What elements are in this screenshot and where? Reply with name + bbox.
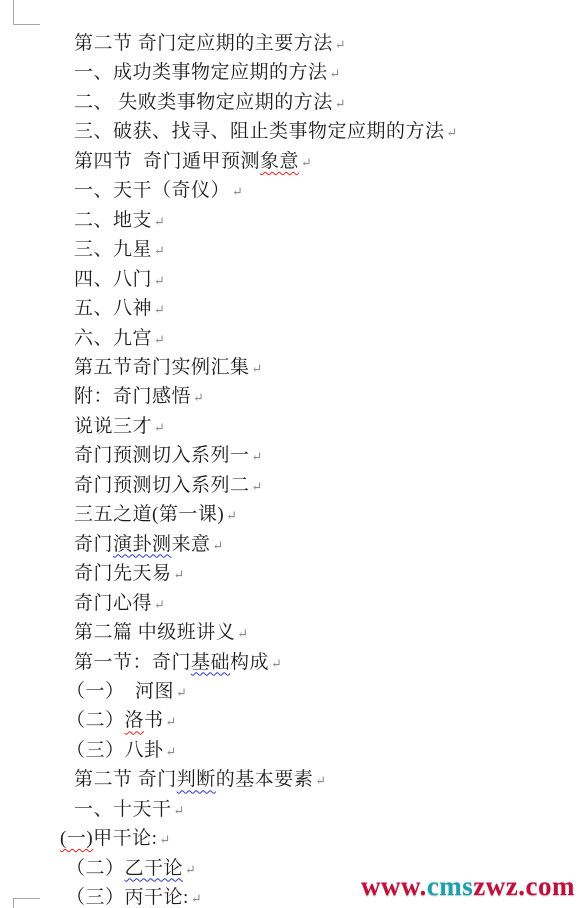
paragraph-mark-icon: ↵ <box>213 538 224 553</box>
spellcheck-red-squiggle: (一) <box>60 828 93 849</box>
text-segment: 奇门 <box>74 534 113 555</box>
toc-line: 第二篇 中级班讲义↵ <box>0 619 583 648</box>
text-segment: 五、八神 <box>74 298 152 319</box>
document-lines: 第二节 奇门定应期的主要方法↵一、成功类事物定应期的方法↵二、 失败类事物定应期… <box>0 30 583 908</box>
text-segment: 第二节 奇门 <box>74 769 177 790</box>
paragraph-mark-icon: ↵ <box>237 626 248 641</box>
text-segment: 奇门预测切入系列二 <box>74 475 250 496</box>
text-segment: （一） 河图 <box>66 681 174 702</box>
text-segment: 二、 失败类事物定应期的方法 <box>74 92 333 113</box>
text-segment: 一、天干（奇仪） <box>74 180 230 201</box>
document-page: 第二节 奇门定应期的主要方法↵一、成功类事物定应期的方法↵二、 失败类事物定应期… <box>0 0 583 908</box>
toc-line: 三、九星↵ <box>0 236 583 265</box>
paragraph-mark-icon: ↵ <box>252 449 263 464</box>
text-segment: 二、地支 <box>74 210 152 231</box>
margin-crop-mark-top-left-icon <box>13 0 40 25</box>
text-segment: 第二节 奇门定应期的主要方法 <box>74 33 333 54</box>
toc-line: 奇门预测切入系列二↵ <box>0 472 583 501</box>
toc-line: 一、天干（奇仪）↵ <box>0 177 583 206</box>
paragraph-mark-icon: ↵ <box>315 773 326 788</box>
text-segment: （二） <box>66 710 125 731</box>
paragraph-mark-icon: ↵ <box>174 803 185 818</box>
toc-line: 附：奇门感悟↵ <box>0 383 583 412</box>
watermark-segment: www. <box>361 871 427 901</box>
text-segment: 三五之道(第一课) <box>74 504 224 525</box>
text-segment: 说说三才 <box>74 416 152 437</box>
toc-line: （三）八卦↵ <box>0 737 583 766</box>
toc-line: 二、地支↵ <box>0 207 583 236</box>
spellcheck-blue-squiggle: 基础 <box>191 652 230 673</box>
toc-line: 奇门心得↵ <box>0 590 583 619</box>
toc-line: 第二节 奇门判断的基本要素↵ <box>0 766 583 795</box>
text-segment: 第四节 奇门遁甲预测 <box>74 151 260 172</box>
paragraph-mark-icon: ↵ <box>154 273 165 288</box>
text-segment: 第五节奇门实例汇集 <box>74 357 250 378</box>
paragraph-mark-icon: ↵ <box>330 66 341 81</box>
paragraph-mark-icon: ↵ <box>154 332 165 347</box>
text-segment: 附：奇门感悟 <box>74 386 191 407</box>
text-segment: 奇门心得 <box>74 593 152 614</box>
text-segment: 来意 <box>172 534 211 555</box>
paragraph-mark-icon: ↵ <box>226 508 237 523</box>
toc-line: 奇门演卦测来意↵ <box>0 531 583 560</box>
watermark: www.cmszwz.com <box>361 871 575 902</box>
toc-line: 奇门预测切入系列一↵ <box>0 442 583 471</box>
toc-line: 第四节 奇门遁甲预测象意↵ <box>0 148 583 177</box>
paragraph-mark-icon: ↵ <box>335 37 346 52</box>
paragraph-mark-icon: ↵ <box>154 243 165 258</box>
paragraph-mark-icon: ↵ <box>166 744 177 759</box>
text-segment: 一、成功类事物定应期的方法 <box>74 62 328 83</box>
text-segment: : <box>183 887 189 908</box>
paragraph-mark-icon: ↵ <box>154 302 165 317</box>
toc-line: 三、破获、找寻、阻止类事物定应期的方法↵ <box>0 118 583 147</box>
spellcheck-blue-squiggle: 丙干论 <box>125 887 184 908</box>
text-segment: 奇门先天易 <box>74 563 172 584</box>
paragraph-mark-icon: ↵ <box>166 714 177 729</box>
text-segment: 奇门预测切入系列一 <box>74 445 250 466</box>
paragraph-mark-icon: ↵ <box>154 420 165 435</box>
text-segment: 第二篇 中级班讲义 <box>74 622 235 643</box>
paragraph-mark-icon: ↵ <box>154 597 165 612</box>
toc-line: 奇门先天易↵ <box>0 560 583 589</box>
paragraph-mark-icon: ↵ <box>301 155 312 170</box>
paragraph-mark-icon: ↵ <box>252 361 263 376</box>
toc-line: 四、八门↵ <box>0 266 583 295</box>
toc-line: 一、成功类事物定应期的方法↵ <box>0 59 583 88</box>
text-segment: 三、九星 <box>74 239 152 260</box>
toc-line: 说说三才↵ <box>0 413 583 442</box>
text-segment: 甲干论: <box>93 828 157 849</box>
paragraph-mark-icon: ↵ <box>335 96 346 111</box>
paragraph-mark-icon: ↵ <box>232 184 243 199</box>
paragraph-mark-icon: ↵ <box>154 214 165 229</box>
toc-line: 第五节奇门实例汇集↵ <box>0 354 583 383</box>
spellcheck-red-squiggle: 象意 <box>260 151 299 172</box>
toc-line: （一） 河图↵ <box>0 678 583 707</box>
spellcheck-blue-squiggle: 演卦测 <box>113 534 172 555</box>
toc-line: 一、十天干↵ <box>0 796 583 825</box>
paragraph-mark-icon: ↵ <box>252 479 263 494</box>
text-segment: 一、十天干 <box>74 799 172 820</box>
watermark-segment: zwz.com <box>473 871 575 901</box>
text-segment: 四、八门 <box>74 269 152 290</box>
text-segment: （二） <box>66 858 125 879</box>
text-segment: （三） <box>66 887 125 908</box>
spellcheck-blue-squiggle: 判断 <box>177 769 216 790</box>
toc-line: 三五之道(第一课)↵ <box>0 501 583 530</box>
watermark-segment: cms <box>427 871 473 901</box>
paragraph-mark-icon: ↵ <box>193 390 204 405</box>
paragraph-mark-icon: ↵ <box>185 862 196 877</box>
toc-line: 第二节 奇门定应期的主要方法↵ <box>0 30 583 59</box>
spellcheck-blue-squiggle: 乙干论 <box>125 858 184 879</box>
paragraph-mark-icon: ↵ <box>271 656 282 671</box>
toc-line: （二）洛书↵ <box>0 707 583 736</box>
text-segment: 六、九宫 <box>74 328 152 349</box>
text-segment: 书 <box>144 710 164 731</box>
text-segment: 构成 <box>230 652 269 673</box>
paragraph-mark-icon: ↵ <box>447 125 458 140</box>
toc-line: 六、九宫↵ <box>0 325 583 354</box>
text-segment: （三）八卦 <box>66 740 164 761</box>
paragraph-mark-icon: ↵ <box>159 832 170 847</box>
paragraph-mark-icon: ↵ <box>174 567 185 582</box>
toc-line: 二、 失败类事物定应期的方法↵ <box>0 89 583 118</box>
text-segment: 的基本要素 <box>216 769 314 790</box>
paragraph-mark-icon: ↵ <box>176 685 187 700</box>
spellcheck-red-squiggle: 洛 <box>125 710 145 731</box>
text-segment: 三、破获、找寻、阻止类事物定应期的方法 <box>74 121 445 142</box>
text-segment: 第一节：奇门 <box>74 652 191 673</box>
paragraph-mark-icon: ↵ <box>191 891 202 906</box>
toc-line: 五、八神↵ <box>0 295 583 324</box>
toc-line: 第一节：奇门基础构成↵ <box>0 649 583 678</box>
toc-line: (一)甲干论:↵ <box>0 825 583 854</box>
